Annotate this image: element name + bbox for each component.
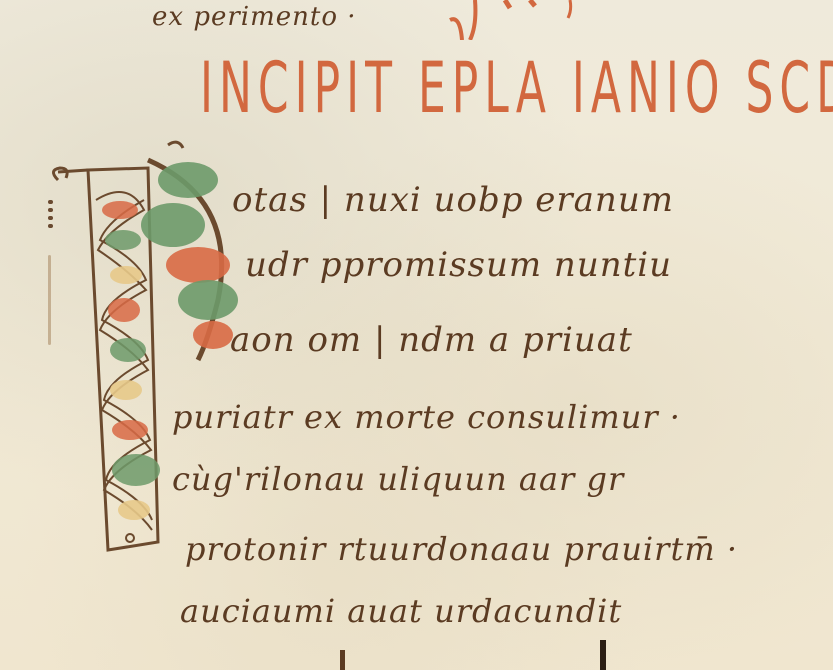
text-line-2: udr ppromissum nuntiu <box>245 245 672 285</box>
text-line-3: aon om | ndm a priuat <box>230 320 633 360</box>
text-line-6: protonir rtuurdonaau prauirtm̄ · <box>185 530 738 568</box>
top-text-line: ex perimento · <box>152 2 357 32</box>
decorated-initial-p <box>48 140 248 580</box>
top-rubric-fragment <box>430 0 580 40</box>
text-line-5: cùg'rilonau uliquun aar gr <box>172 460 624 498</box>
margin-rule <box>48 255 51 345</box>
bottom-stroke <box>340 650 345 670</box>
bottom-stroke <box>600 640 606 670</box>
text-line-7: auciaumi auat urdacundit <box>180 592 622 630</box>
text-line-4: puriatr ex morte consulimur · <box>172 398 681 436</box>
text-line-1: otas | nuxi uobp eranum <box>232 180 674 220</box>
margin-dots <box>48 200 54 232</box>
rubric-heading: INCIPIT EPLA IANIO SCDA <box>200 48 833 130</box>
